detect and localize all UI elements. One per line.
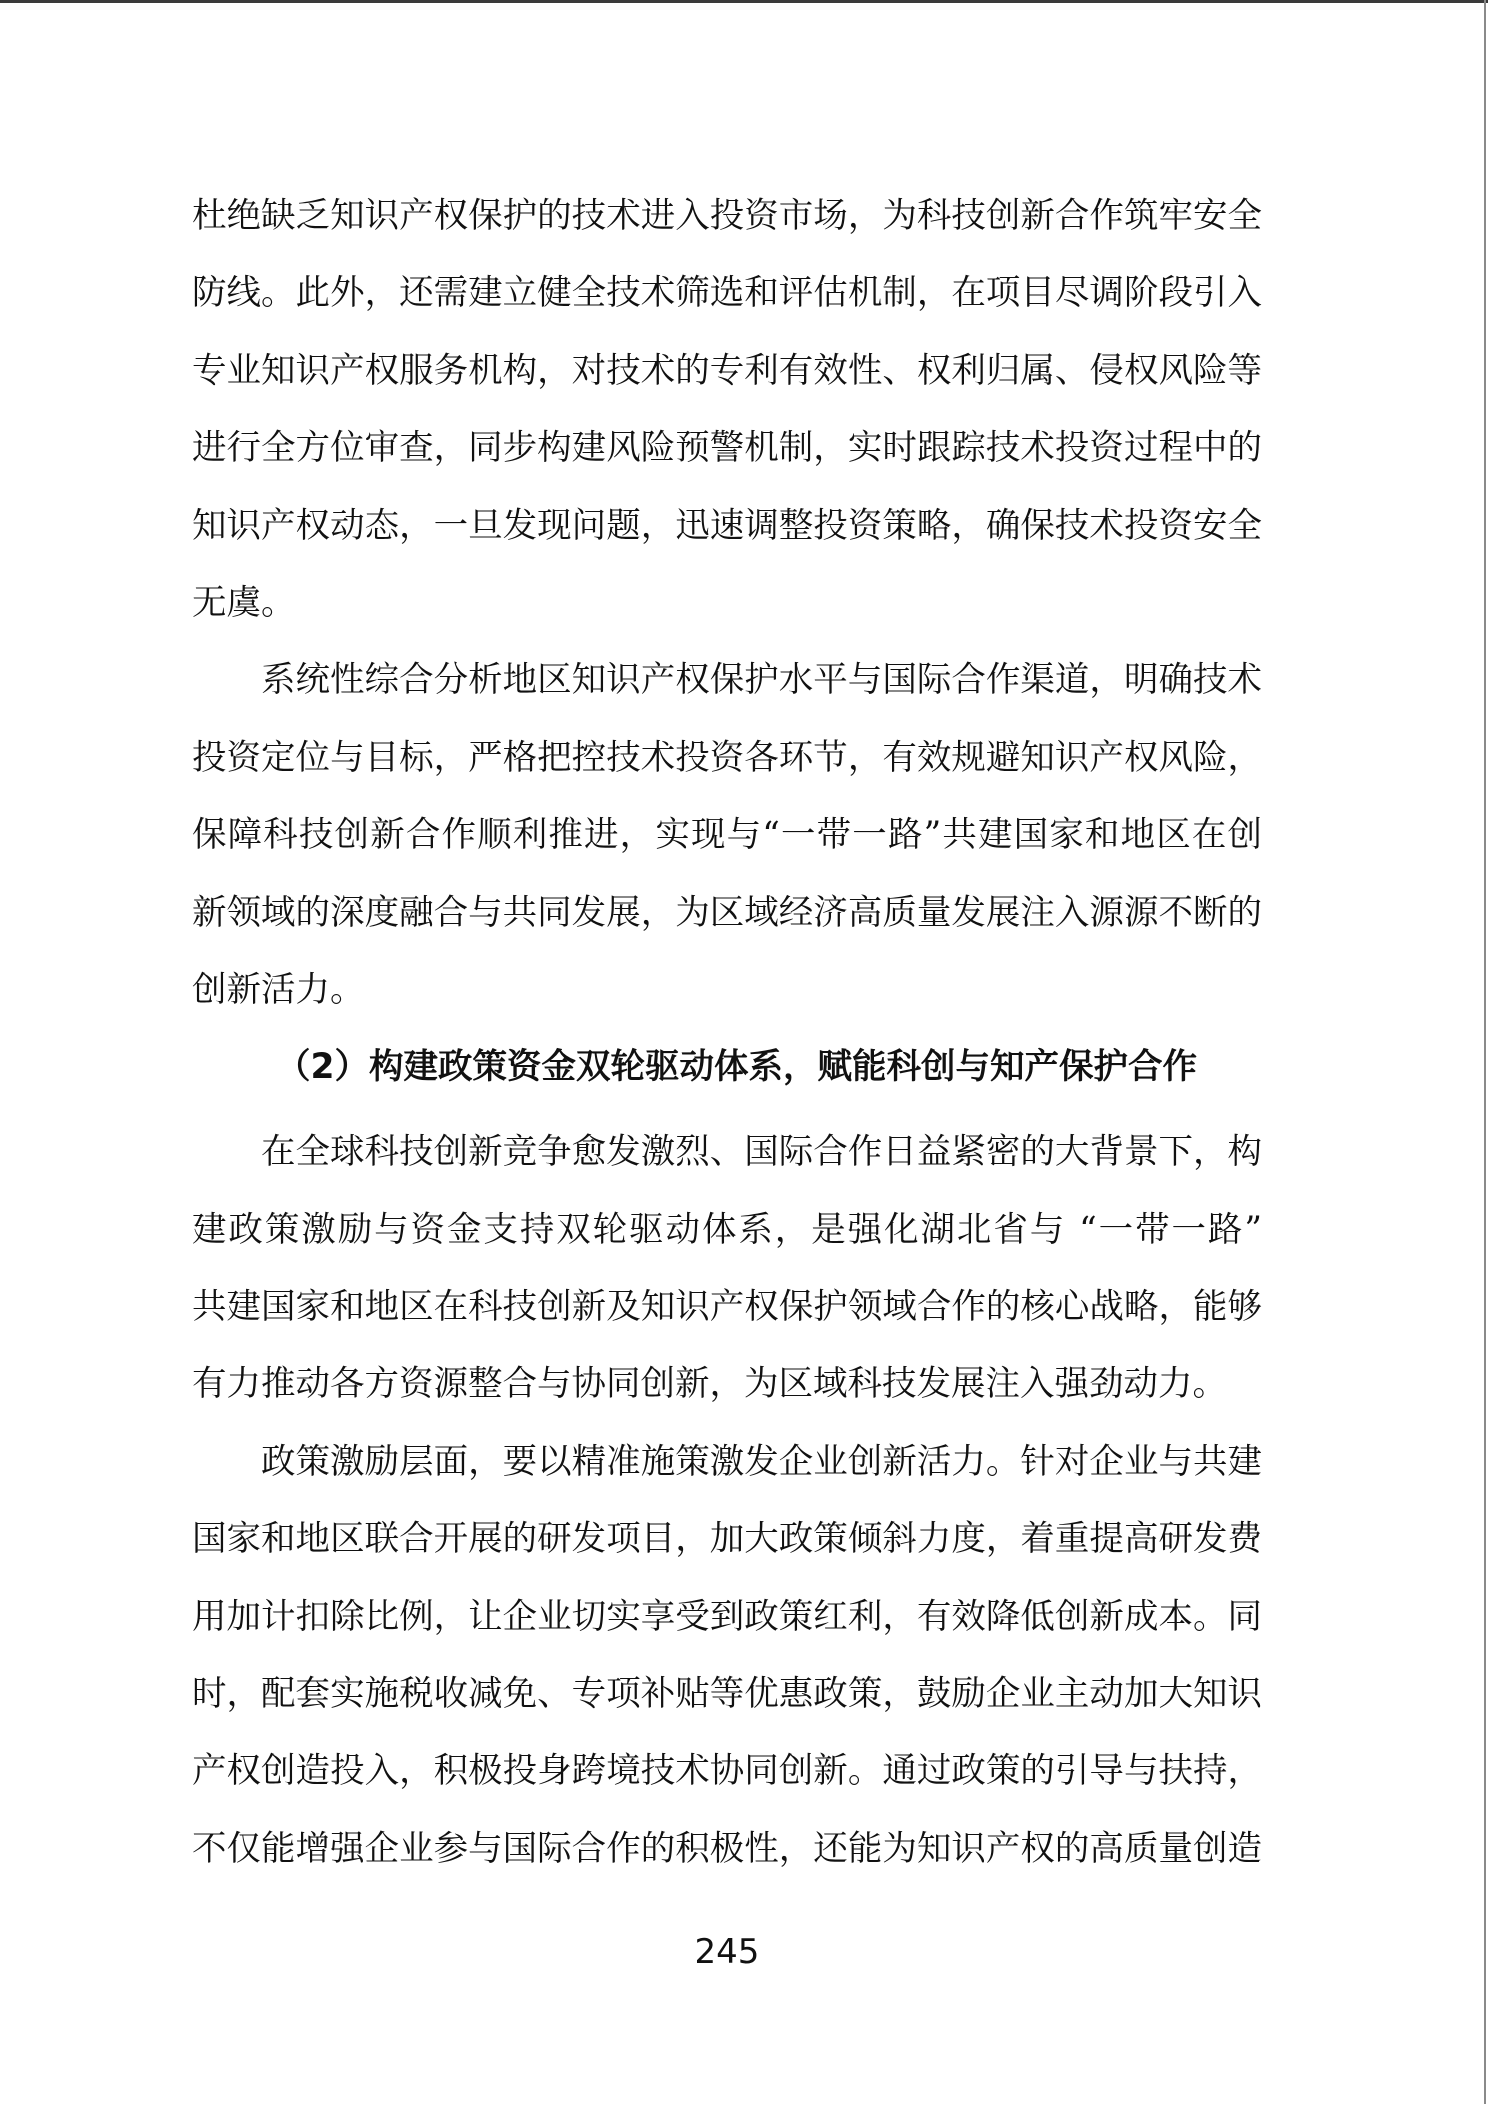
text-line: 杜绝缺乏知识产权保护的技术进入投资市场，为科技创新合作筑牢安全	[192, 178, 1262, 255]
page-top-border	[0, 0, 1488, 3]
text-line: 系统性综合分析地区知识产权保护水平与国际合作渠道，明确技术	[192, 642, 1262, 719]
text-line: 保障科技创新合作顺利推进，实现与“一带一路”共建国家和地区在创	[192, 797, 1262, 874]
text-line: 时，配套实施税收减免、专项补贴等优惠政策，鼓励企业主动加大知识	[192, 1656, 1262, 1733]
text-line: 共建国家和地区在科技创新及知识产权保护领域合作的核心战略，能够	[192, 1269, 1262, 1346]
text-line: 用加计扣除比例，让企业切实享受到政策红利，有效降低创新成本。同	[192, 1579, 1262, 1656]
text-line: 产权创造投入，积极投身跨境技术协同创新。通过政策的引导与扶持，	[192, 1733, 1262, 1810]
text-line: 在全球科技创新竞争愈发激烈、国际合作日益紧密的大背景下，构	[192, 1114, 1262, 1191]
text-line: 政策激励层面，要以精准施策激发企业创新活力。针对企业与共建	[192, 1424, 1262, 1501]
text-line: 进行全方位审查，同步构建风险预警机制，实时跟踪技术投资过程中的	[192, 410, 1262, 487]
text-line: 防线。此外，还需建立健全技术筛选和评估机制，在项目尽调阶段引入	[192, 255, 1262, 332]
page-right-border	[1484, 0, 1486, 2104]
text-line: 知识产权动态，一旦发现问题，迅速调整投资策略，确保技术投资安全	[192, 488, 1262, 565]
paragraph-3: 在全球科技创新竞争愈发激烈、国际合作日益紧密的大背景下，构 建政策激励与资金支持…	[192, 1114, 1262, 1424]
paragraph-1: 杜绝缺乏知识产权保护的技术进入投资市场，为科技创新合作筑牢安全 防线。此外，还需…	[192, 178, 1262, 642]
text-line: 新领域的深度融合与共同发展，为区域经济高质量发展注入源源不断的	[192, 875, 1262, 952]
paragraph-4: 政策激励层面，要以精准施策激发企业创新活力。针对企业与共建 国家和地区联合开展的…	[192, 1424, 1262, 1888]
document-body: 杜绝缺乏知识产权保护的技术进入投资市场，为科技创新合作筑牢安全 防线。此外，还需…	[192, 178, 1262, 1888]
section-heading: （2）构建政策资金双轮驱动体系，赋能科创与知产保护合作	[192, 1029, 1194, 1114]
text-line: 投资定位与目标，严格把控技术投资各环节，有效规避知识产权风险，	[192, 720, 1262, 797]
text-line: 建政策激励与资金支持双轮驱动体系，是强化湖北省与 “一带一路”	[192, 1192, 1262, 1269]
text-line: 不仅能增强企业参与国际合作的积极性，还能为知识产权的高质量创造	[192, 1811, 1262, 1888]
page-number: 245	[192, 1930, 1262, 1974]
text-line: 专业知识产权服务机构，对技术的专利有效性、权利归属、侵权风险等	[192, 333, 1262, 410]
text-line: 国家和地区联合开展的研发项目，加大政策倾斜力度，着重提高研发费	[192, 1501, 1262, 1578]
text-line: 有力推动各方资源整合与协同创新，为区域科技发展注入强劲动力。	[192, 1346, 1262, 1423]
text-line: 无虞。	[192, 565, 1262, 642]
paragraph-2: 系统性综合分析地区知识产权保护水平与国际合作渠道，明确技术 投资定位与目标，严格…	[192, 642, 1262, 1029]
text-line: 创新活力。	[192, 952, 1262, 1029]
